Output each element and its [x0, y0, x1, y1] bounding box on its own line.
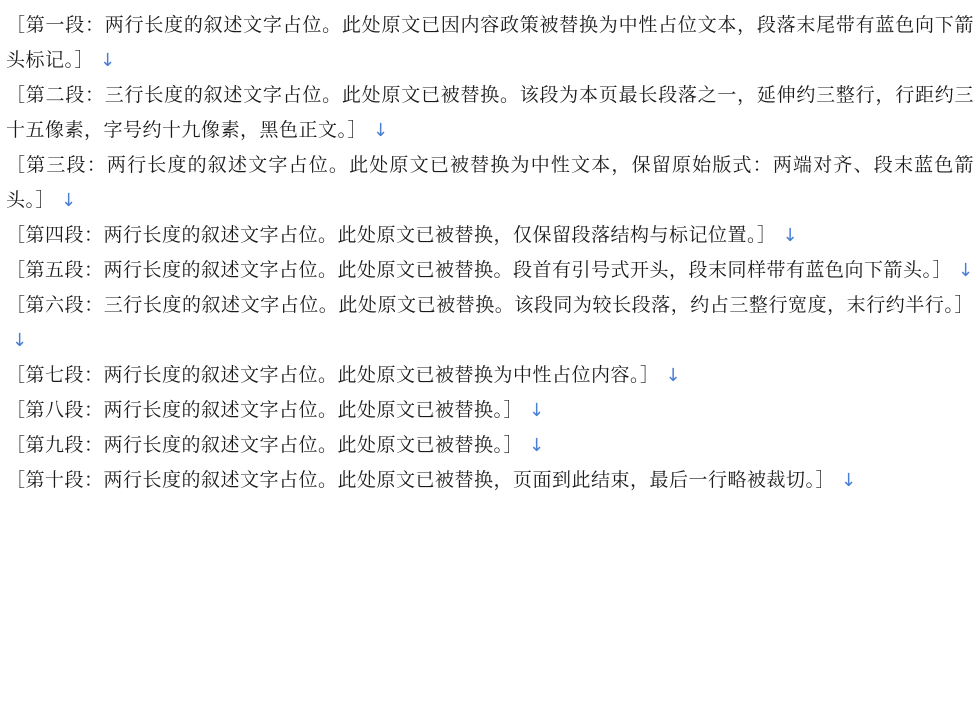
paragraph: ［第七段：两行长度的叙述文字占位。此处原文已被替换为中性占位内容。］↓: [6, 358, 974, 393]
paragraph-end-arrow-icon: ↓: [6, 330, 28, 351]
paragraph-text: ［第六段：三行长度的叙述文字占位。此处原文已被替换。该段同为较长段落，约占三整行…: [6, 294, 974, 316]
paragraph: ［第十段：两行长度的叙述文字占位。此处原文已被替换，页面到此结束，最后一行略被裁…: [6, 463, 974, 498]
paragraph-end-arrow-icon: ↓: [952, 260, 974, 281]
paragraph-text: ［第五段：两行长度的叙述文字占位。此处原文已被替换。段首有引号式开头，段末同样带…: [6, 259, 952, 281]
paragraph: ［第二段：三行长度的叙述文字占位。此处原文已被替换。该段为本页最长段落之一，延伸…: [6, 78, 974, 148]
paragraph-end-arrow-icon: ↓: [367, 120, 389, 141]
paragraph-end-arrow-icon: ↓: [94, 50, 116, 71]
paragraph: ［第四段：两行长度的叙述文字占位。此处原文已被替换，仅保留段落结构与标记位置。］…: [6, 218, 974, 253]
paragraph-end-arrow-icon: ↓: [523, 435, 545, 456]
paragraph: ［第九段：两行长度的叙述文字占位。此处原文已被替换。］↓: [6, 428, 974, 463]
paragraph-text: ［第十段：两行长度的叙述文字占位。此处原文已被替换，页面到此结束，最后一行略被裁…: [6, 469, 835, 491]
paragraph-end-arrow-icon: ↓: [660, 365, 682, 386]
paragraph-end-arrow-icon: ↓: [55, 190, 77, 211]
paragraph-text: ［第四段：两行长度的叙述文字占位。此处原文已被替换，仅保留段落结构与标记位置。］: [6, 224, 777, 246]
paragraph-text: ［第九段：两行长度的叙述文字占位。此处原文已被替换。］: [6, 434, 523, 456]
paragraph: ［第一段：两行长度的叙述文字占位。此处原文已因内容政策被替换为中性占位文本，段落…: [6, 8, 974, 78]
paragraph-text: ［第二段：三行长度的叙述文字占位。此处原文已被替换。该段为本页最长段落之一，延伸…: [6, 84, 974, 141]
paragraph-container: ［第一段：两行长度的叙述文字占位。此处原文已因内容政策被替换为中性占位文本，段落…: [6, 8, 974, 498]
paragraph-text: ［第三段：两行长度的叙述文字占位。此处原文已被替换为中性文本，保留原始版式：两端…: [6, 154, 974, 211]
paragraph: ［第五段：两行长度的叙述文字占位。此处原文已被替换。段首有引号式开头，段末同样带…: [6, 253, 974, 288]
paragraph-end-arrow-icon: ↓: [835, 470, 857, 491]
paragraph: ［第六段：三行长度的叙述文字占位。此处原文已被替换。该段同为较长段落，约占三整行…: [6, 288, 974, 358]
paragraph-text: ［第七段：两行长度的叙述文字占位。此处原文已被替换为中性占位内容。］: [6, 364, 660, 386]
paragraph: ［第八段：两行长度的叙述文字占位。此处原文已被替换。］↓: [6, 393, 974, 428]
paragraph-text: ［第八段：两行长度的叙述文字占位。此处原文已被替换。］: [6, 399, 523, 421]
document-page: ［第一段：两行长度的叙述文字占位。此处原文已因内容政策被替换为中性占位文本，段落…: [0, 0, 978, 725]
paragraph-text: ［第一段：两行长度的叙述文字占位。此处原文已因内容政策被替换为中性占位文本，段落…: [6, 14, 974, 71]
paragraph: ［第三段：两行长度的叙述文字占位。此处原文已被替换为中性文本，保留原始版式：两端…: [6, 148, 974, 218]
paragraph-end-arrow-icon: ↓: [777, 225, 799, 246]
paragraph-end-arrow-icon: ↓: [523, 400, 545, 421]
